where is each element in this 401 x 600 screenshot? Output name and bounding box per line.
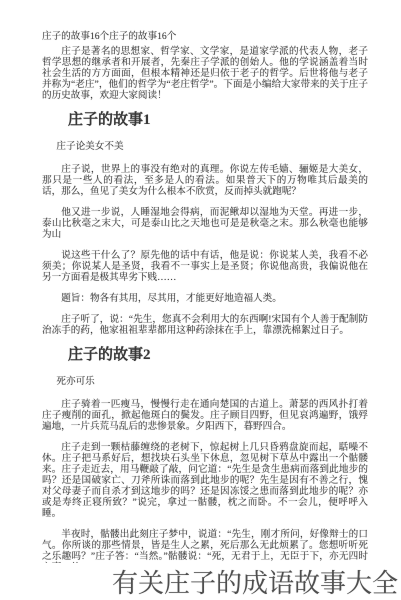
article-body: 庄子的故事16个庄子的故事16个 庄子是著名的思想家、哲学家、文学家，是道家学派… <box>42 31 368 583</box>
story1-subheading: 庄子论美女不美 <box>42 141 368 152</box>
story1-paragraph-5: 庄子听了，说：“先生，您真不会利用大的东西啊!宋国有个人善于配制防治冻手的药，他… <box>42 314 368 336</box>
story2-heading: 庄子的故事2 <box>42 346 368 364</box>
intro-paragraph: 庄子是著名的思想家、哲学家、文学家，是道家学派的代表人物，老子哲学思想的继承者和… <box>42 46 368 101</box>
story1-paragraph-2: 他又进一步说，人睡湿地会得病，而泥鳅却以湿地为天堂。再进一步，泰山比秋毫之末大，… <box>42 207 368 240</box>
story2-paragraph-2: 庄子走到一颗枯藤缠绕的老树下，惊起树上几只昏鸦盘旋而起，聒噪不休。庄子把马系好后… <box>42 442 368 519</box>
story1-paragraph-3: 说这些干什么了？原先他的话中有话，他是说：你说某人美，我看不必须美；你说某人是圣… <box>42 250 368 283</box>
document-page: 庄子的故事16个庄子的故事16个 庄子是著名的思想家、哲学家、文学家，是道家学派… <box>0 0 401 600</box>
page-caption: 有关庄子的成语故事大全 <box>112 569 398 599</box>
story1-paragraph-4: 题旨：物各有其用，尽其用，才能更好地造福人类。 <box>42 293 368 304</box>
story1-heading: 庄子的故事1 <box>42 111 368 129</box>
story2-paragraph-1: 庄子骑着一匹瘦马，慢慢行走在通向楚国的古道上。萧瑟的西风扑打着庄子瘦削的面孔，掀… <box>42 399 368 432</box>
article-title: 庄子的故事16个庄子的故事16个 <box>42 31 368 42</box>
story2-subheading: 死亦可乐 <box>42 376 368 387</box>
story1-paragraph-1: 庄子说，世界上的事没有绝对的真理。你说左传毛嫱、骊姬是大美女，那只是一些人的看法… <box>42 164 368 197</box>
